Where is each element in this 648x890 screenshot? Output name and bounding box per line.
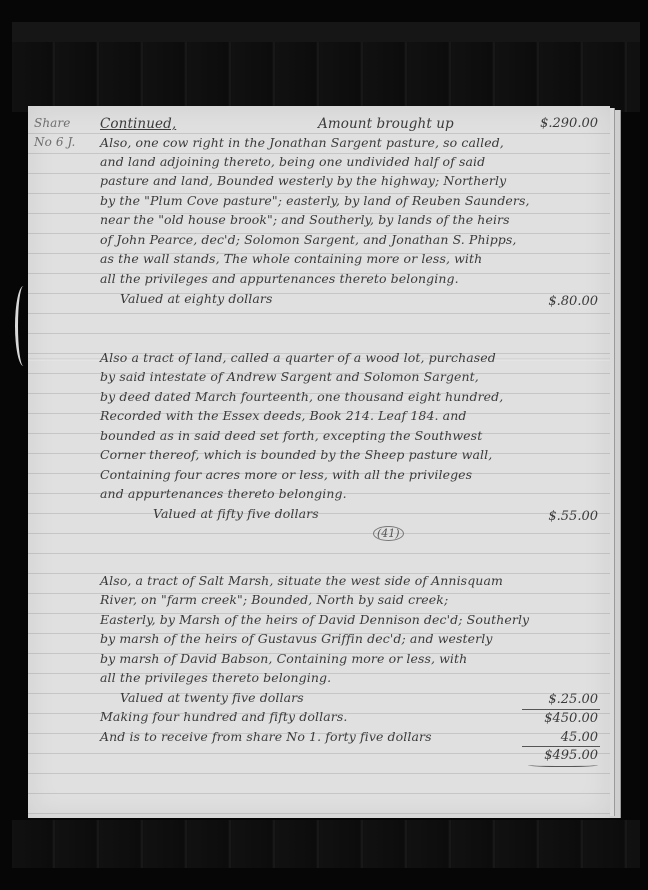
valuation-text: Valued at fifty five dollars [153, 506, 319, 521]
text-line: bounded as in said deed set forth, excep… [100, 428, 482, 443]
receive-amount: 45.00 [561, 730, 598, 745]
text-line: by marsh of David Babson, Containing mor… [100, 651, 467, 666]
total-making-amount: $450.00 [544, 711, 598, 726]
text-line: and land adjoining thereto, being one un… [100, 154, 485, 169]
text-line: as the wall stands, The whole containing… [100, 251, 482, 266]
text-line: pasture and land, Bounded westerly by th… [100, 173, 506, 188]
valuation-amount: $.25.00 [548, 692, 598, 707]
sum-rule [522, 746, 600, 747]
text-line: Corner thereof, which is bounded by the … [100, 447, 492, 462]
valuation-amount: $.55.00 [548, 509, 598, 524]
sum-rule [522, 709, 600, 710]
book-binding-bottom [12, 820, 640, 868]
text-line: Also a tract of land, called a quarter o… [100, 350, 496, 365]
valuation-text: Valued at twenty five dollars [120, 690, 304, 705]
text-line: by the "Plum Cove pasture"; easterly, by… [100, 193, 530, 208]
text-line: and appurtenances thereto belonging. [100, 486, 347, 501]
text-line: Recorded with the Essex deeds, Book 214.… [100, 408, 466, 423]
text-line: near the "old house brook"; and Southerl… [100, 212, 510, 227]
margin-heading-share: Share [34, 116, 70, 130]
page-title: Continued, [100, 116, 176, 132]
text-line: all the privileges and appurtenances the… [100, 271, 459, 286]
text-line: Also, a tract of Salt Marsh, situate the… [100, 573, 503, 588]
text-line: Also, one cow right in the Jonathan Sarg… [100, 135, 504, 150]
margin-heading-number: No 6 J. [34, 135, 75, 149]
ledger-page: Share No 6 J. Continued, Amount brought … [28, 106, 610, 818]
total-making-text: Making four hundred and fifty dollars. [100, 709, 347, 724]
valuation-amount: $.80.00 [548, 294, 598, 309]
scanned-document: Share No 6 J. Continued, Amount brought … [0, 0, 648, 890]
valuation-text: Valued at eighty dollars [120, 291, 272, 306]
receive-text: And is to receive from share No 1. forty… [100, 729, 432, 744]
total-flourish [528, 762, 598, 767]
book-binding-top [12, 22, 640, 112]
text-line: by said intestate of Andrew Sargent and … [100, 369, 479, 384]
text-line: Easterly, by Marsh of the heirs of David… [100, 612, 529, 627]
grand-total-amount: $495.00 [544, 748, 598, 763]
text-line: by marsh of the heirs of Gustavus Griffi… [100, 631, 493, 646]
page-number-mark: (41) [373, 526, 404, 541]
text-line: Containing four acres more or less, with… [100, 467, 472, 482]
text-line: River, on "farm creek"; Bounded, North b… [100, 592, 448, 607]
text-line: of John Pearce, dec'd; Solomon Sargent, … [100, 232, 517, 247]
brought-up-label: Amount brought up [318, 116, 454, 132]
brought-up-amount: $.290.00 [540, 116, 598, 131]
text-line: all the privileges thereto belonging. [100, 670, 331, 685]
text-line: by deed dated March fourteenth, one thou… [100, 389, 503, 404]
